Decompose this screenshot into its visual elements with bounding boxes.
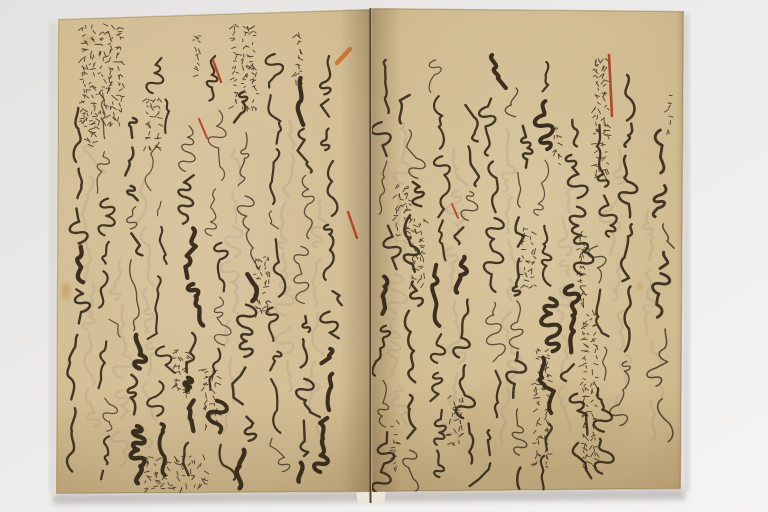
manuscript-photo: [0, 0, 768, 512]
left-page: [56, 8, 372, 496]
photo-scene: [0, 0, 768, 512]
book: [56, 7, 700, 504]
right-page: [371, 7, 700, 494]
